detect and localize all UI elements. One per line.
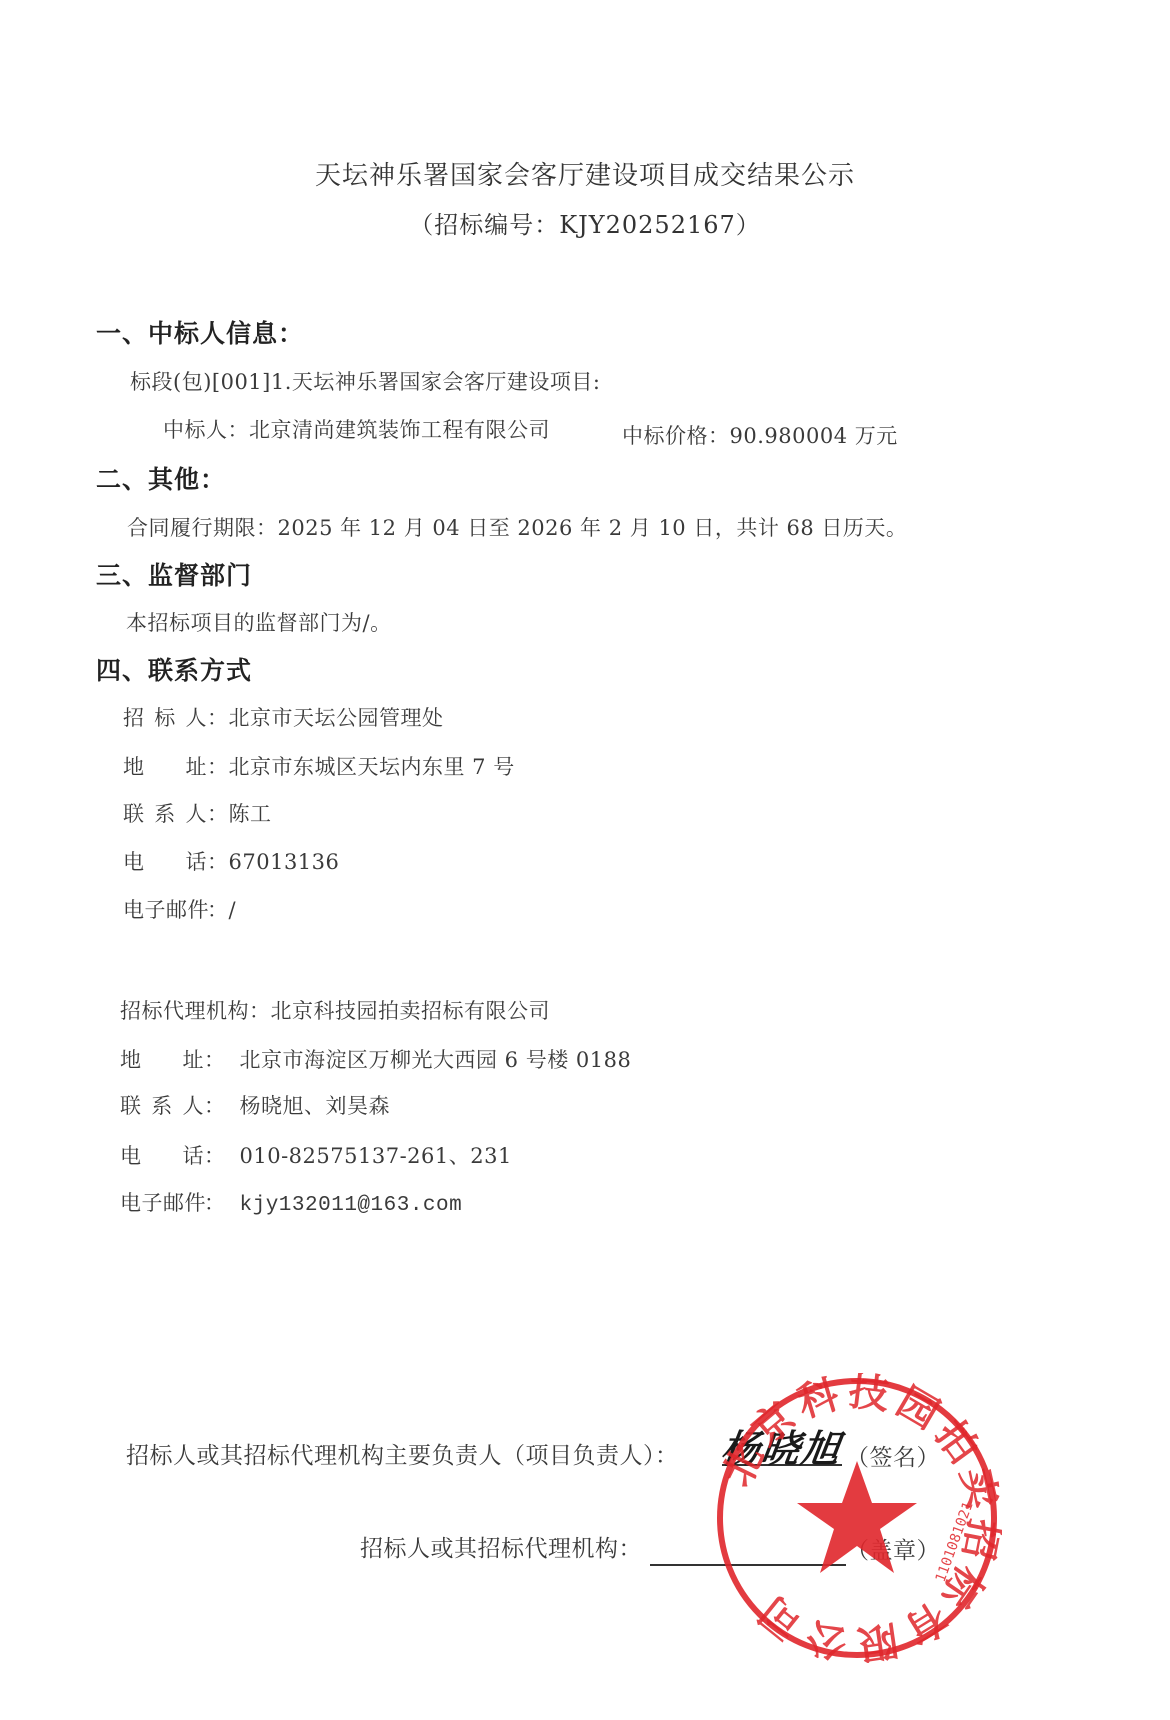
- email-value: /: [229, 898, 237, 922]
- handwritten-signature: 杨晓旭: [718, 1418, 846, 1473]
- tenderer-email-row: 电子邮件：/: [123, 894, 236, 924]
- agency-contact-label: 联系人: [120, 1090, 204, 1120]
- agency-name-row: 招标代理机构：北京科技园拍卖招标有限公司: [120, 995, 550, 1025]
- price-value: 90.980004 万元: [730, 424, 898, 448]
- stamp-text: 北京科技园拍卖招标有限公司: [714, 1373, 1002, 1663]
- supervision-text: 本招标项目的监督部门为/。: [126, 607, 392, 637]
- section-heading-winner: 一、中标人信息：: [96, 314, 304, 350]
- phone-label: 电话: [123, 846, 207, 876]
- address-value: 北京市东城区天坛内东里 7 号: [229, 755, 515, 779]
- tenderer-label: 招标人: [123, 702, 207, 732]
- contract-period: 合同履行期限：2025 年 12 月 04 日至 2026 年 2 月 10 日…: [127, 512, 907, 542]
- agency-address-label: 地址: [120, 1044, 204, 1074]
- sign-suffix: （签名）: [846, 1439, 940, 1472]
- lot-description: 标段(包)[001]1.天坛神乐署国家会客厅建设项目:: [130, 366, 600, 396]
- seal-suffix: （盖章）: [846, 1532, 940, 1565]
- section-heading-supervision: 三、监督部门: [96, 556, 252, 592]
- agency-email-label: 电子邮件: [120, 1187, 204, 1217]
- tenderer-name-row: 招标人：北京市天坛公园管理处: [123, 702, 444, 732]
- agency-phone-row: 电话：010-82575137-261、231: [120, 1140, 512, 1170]
- tenderer-address-row: 地址：北京市东城区天坛内东里 7 号: [123, 751, 515, 781]
- tender-number: （招标编号：KJY20252167）: [0, 205, 1170, 240]
- official-seal-stamp: 北京科技园拍卖招标有限公司 1101081021: [712, 1373, 1002, 1663]
- price-line: 中标价格：90.980004 万元: [622, 420, 898, 450]
- agency-label: 招标代理机构: [120, 999, 249, 1023]
- winner-line: 中标人：北京清尚建筑装饰工程有限公司: [163, 414, 550, 444]
- agency-value: 北京科技园拍卖招标有限公司: [271, 999, 551, 1023]
- section-heading-contact: 四、联系方式: [96, 651, 252, 687]
- price-label: 中标价格：: [622, 424, 730, 448]
- responsible-label: 招标人或其招标代理机构主要负责人（项目负责人）：: [126, 1443, 679, 1469]
- responsible-person-line: 招标人或其招标代理机构主要负责人（项目负责人）：: [126, 1437, 679, 1470]
- organization-label: 招标人或其招标代理机构：: [360, 1530, 642, 1563]
- seal-line: [650, 1540, 846, 1566]
- agency-contact-row: 联系人：杨晓旭、刘昊森: [120, 1090, 390, 1120]
- agency-phone-label: 电话: [120, 1140, 204, 1170]
- tenderer-value: 北京市天坛公园管理处: [229, 706, 444, 730]
- section-heading-other: 二、其他：: [96, 460, 226, 496]
- winner-label: 中标人：: [163, 418, 249, 442]
- agency-email-row: 电子邮件：kjy132011@163.com: [120, 1187, 462, 1217]
- tenderer-phone-row: 电话：67013136: [123, 846, 339, 876]
- agency-address-value: 北京市海淀区万柳光大西园 6 号楼 0188: [240, 1048, 632, 1072]
- tenderer-contact-row: 联系人：陈工: [123, 798, 272, 828]
- email-label: 电子邮件: [123, 894, 207, 924]
- contact-label: 联系人: [123, 798, 207, 828]
- agency-phone-value: 010-82575137-261、231: [240, 1144, 512, 1168]
- phone-value: 67013136: [229, 850, 340, 874]
- winner-name: 北京清尚建筑装饰工程有限公司: [249, 418, 550, 442]
- signature-field: 杨晓旭: [722, 1418, 842, 1466]
- address-label: 地址: [123, 751, 207, 781]
- agency-contact-value: 杨晓旭、刘昊森: [240, 1094, 391, 1118]
- document-title: 天坛神乐署国家会客厅建设项目成交结果公示: [0, 155, 1170, 192]
- contact-value: 陈工: [229, 802, 272, 826]
- agency-address-row: 地址：北京市海淀区万柳光大西园 6 号楼 0188: [120, 1044, 631, 1074]
- agency-email-value: kjy132011@163.com: [240, 1194, 463, 1217]
